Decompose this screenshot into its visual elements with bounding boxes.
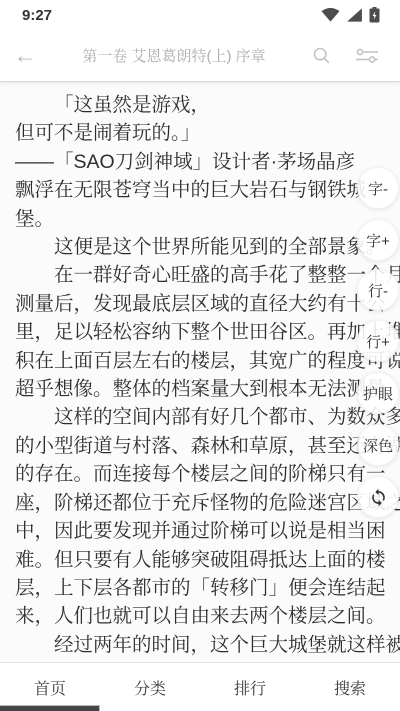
reader-line: 飘浮在无限苍穹当中的巨大岩石与钢铁城 xyxy=(15,176,385,204)
reader-settings-button[interactable] xyxy=(344,30,390,82)
refresh-button[interactable] xyxy=(357,476,399,518)
reader-line: 经过两年的时间，这个巨大城堡就这样被 xyxy=(15,631,385,659)
nav-item-search[interactable]: 搜索 xyxy=(300,663,400,711)
font-size-increase-button[interactable]: 字+ xyxy=(357,219,399,261)
font-size-decrease-button[interactable]: 字- xyxy=(357,167,399,209)
nav-item-ranking[interactable]: 排行 xyxy=(200,663,300,711)
nav-item-categories[interactable]: 分类 xyxy=(100,663,200,711)
cellular-signal-icon xyxy=(346,8,363,22)
app-bar: ← 第一卷 艾恩葛朗特(上) 序章 xyxy=(0,30,400,82)
active-tab-indicator xyxy=(0,705,100,711)
reader-line: 但可不是闹着玩的。」 xyxy=(15,119,385,147)
reader-content[interactable]: 「这虽然是游戏，但可不是闹着玩的。」——「SAO刀剑神域」设计者·茅场晶彦飘浮在… xyxy=(0,83,400,662)
eye-care-mode-button[interactable]: 护眼 xyxy=(357,372,399,414)
appbar-actions xyxy=(298,30,400,82)
back-button[interactable]: ← xyxy=(0,30,50,82)
reader-line: ——「SAO刀剑神域」设计者·茅场晶彦 xyxy=(15,148,385,176)
back-arrow-icon: ← xyxy=(14,42,37,69)
reader-line: 这便是这个世界所能见到的全部景象。 xyxy=(15,233,385,261)
tune-sliders-icon xyxy=(355,46,379,66)
status-time: 9:27 xyxy=(22,7,52,24)
wifi-icon xyxy=(321,8,340,22)
line-spacing-decrease-button[interactable]: 行- xyxy=(357,269,399,311)
search-button[interactable] xyxy=(298,30,344,82)
reader-line: 层，上下层各都市的「转移门」便会连结起 xyxy=(15,574,385,602)
reader-line: 的小型街道与村落、森林和草原，甚至还有湖 xyxy=(15,432,385,460)
reader-line: 的存在。而连接每个楼层之间的阶梯只有一 xyxy=(15,460,385,488)
reader-line: 难。但只要有人能够突破阻碍抵达上面的楼 xyxy=(15,546,385,574)
reader-line: 超乎想像。整体的档案量大到根本无法测量。 xyxy=(15,375,385,403)
line-spacing-increase-button[interactable]: 行+ xyxy=(357,320,399,362)
reader-line: 中，因此要发现并通过阶梯可以说是相当困 xyxy=(15,517,385,545)
reader-line: 「这虽然是游戏， xyxy=(15,91,385,119)
sync-icon xyxy=(369,488,388,507)
search-icon xyxy=(311,45,332,66)
reader-line: 积在上面百层左右的楼层，其宽广的程度可说 xyxy=(15,347,385,375)
reader-line: 这样的空间内部有好几个都市、为数众多 xyxy=(15,403,385,431)
status-icons xyxy=(321,7,380,23)
reader-line: 测量后，发现最底层区域的直径大约有十公 xyxy=(15,290,385,318)
reader-line: 座，阶梯还都位于充斥怪物的危险迷宫区域之 xyxy=(15,489,385,517)
bottom-nav: 首页分类排行搜索 xyxy=(0,662,400,711)
dark-mode-button[interactable]: 深色 xyxy=(357,424,399,466)
chapter-title: 第一卷 艾恩葛朗特(上) 序章 xyxy=(50,45,298,66)
nav-item-home[interactable]: 首页 xyxy=(0,663,100,711)
reader-line: 里，足以轻松容纳下整个世田谷区。再加上堆 xyxy=(15,318,385,346)
reader-line: 堡。 xyxy=(15,205,385,233)
status-bar: 9:27 xyxy=(0,0,400,30)
reader-line: 在一群好奇心旺盛的高手花了整整一个月 xyxy=(15,261,385,289)
battery-charging-icon xyxy=(369,7,380,23)
reader-line: 来，人们也就可以自由来去两个楼层之间。 xyxy=(15,602,385,630)
